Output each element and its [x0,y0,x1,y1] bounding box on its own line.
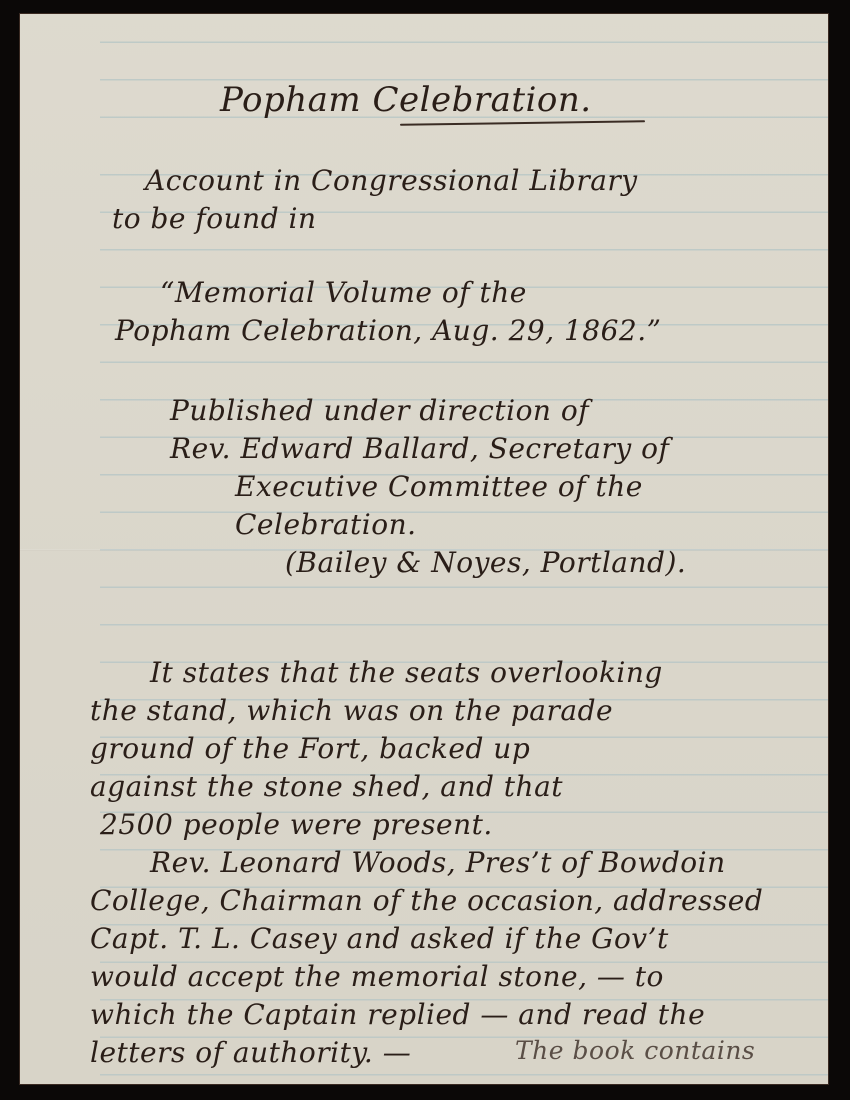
text-line: Rev. Edward Ballard, Secretary of [170,432,669,465]
letter-title: Popham Celebration. [220,80,592,120]
text-line: Popham Celebration, Aug. 29, 1862.” [115,314,661,347]
text-line: which the Captain replied — and read the [90,998,705,1031]
text-line: “Memorial Volume of the [160,276,527,309]
text-line: 2500 people were present. [100,808,493,841]
text-line: Celebration. [235,508,417,541]
text-line: Account in Congressional Library [145,164,638,197]
text-line: to be found in [112,202,317,235]
text-line: College, Chairman of the occasion, addre… [90,884,763,917]
text-line: against the stone shed, and that [90,770,563,803]
text-line-faint: The book contains [515,1036,755,1065]
text-line: It states that the seats overlooking [150,656,663,689]
text-line: would accept the memorial stone, — to [90,960,664,993]
text-line: the stand, which was on the parade [90,694,613,727]
text-line: Executive Committee of the [235,470,643,503]
text-line: Rev. Leonard Woods, Pres’t of Bowdoin [150,846,726,879]
scan-background: Popham Celebration. Account in Congressi… [0,0,850,1100]
text-line: (Bailey & Noyes, Portland). [285,546,686,579]
text-line: ground of the Fort, backed up [90,732,530,765]
letter-page: Popham Celebration. Account in Congressi… [20,14,828,1084]
text-line: Capt. T. L. Casey and asked if the Gov’t [90,922,669,955]
text-line: letters of authority. — [90,1036,411,1069]
text-line: Published under direction of [170,394,589,427]
